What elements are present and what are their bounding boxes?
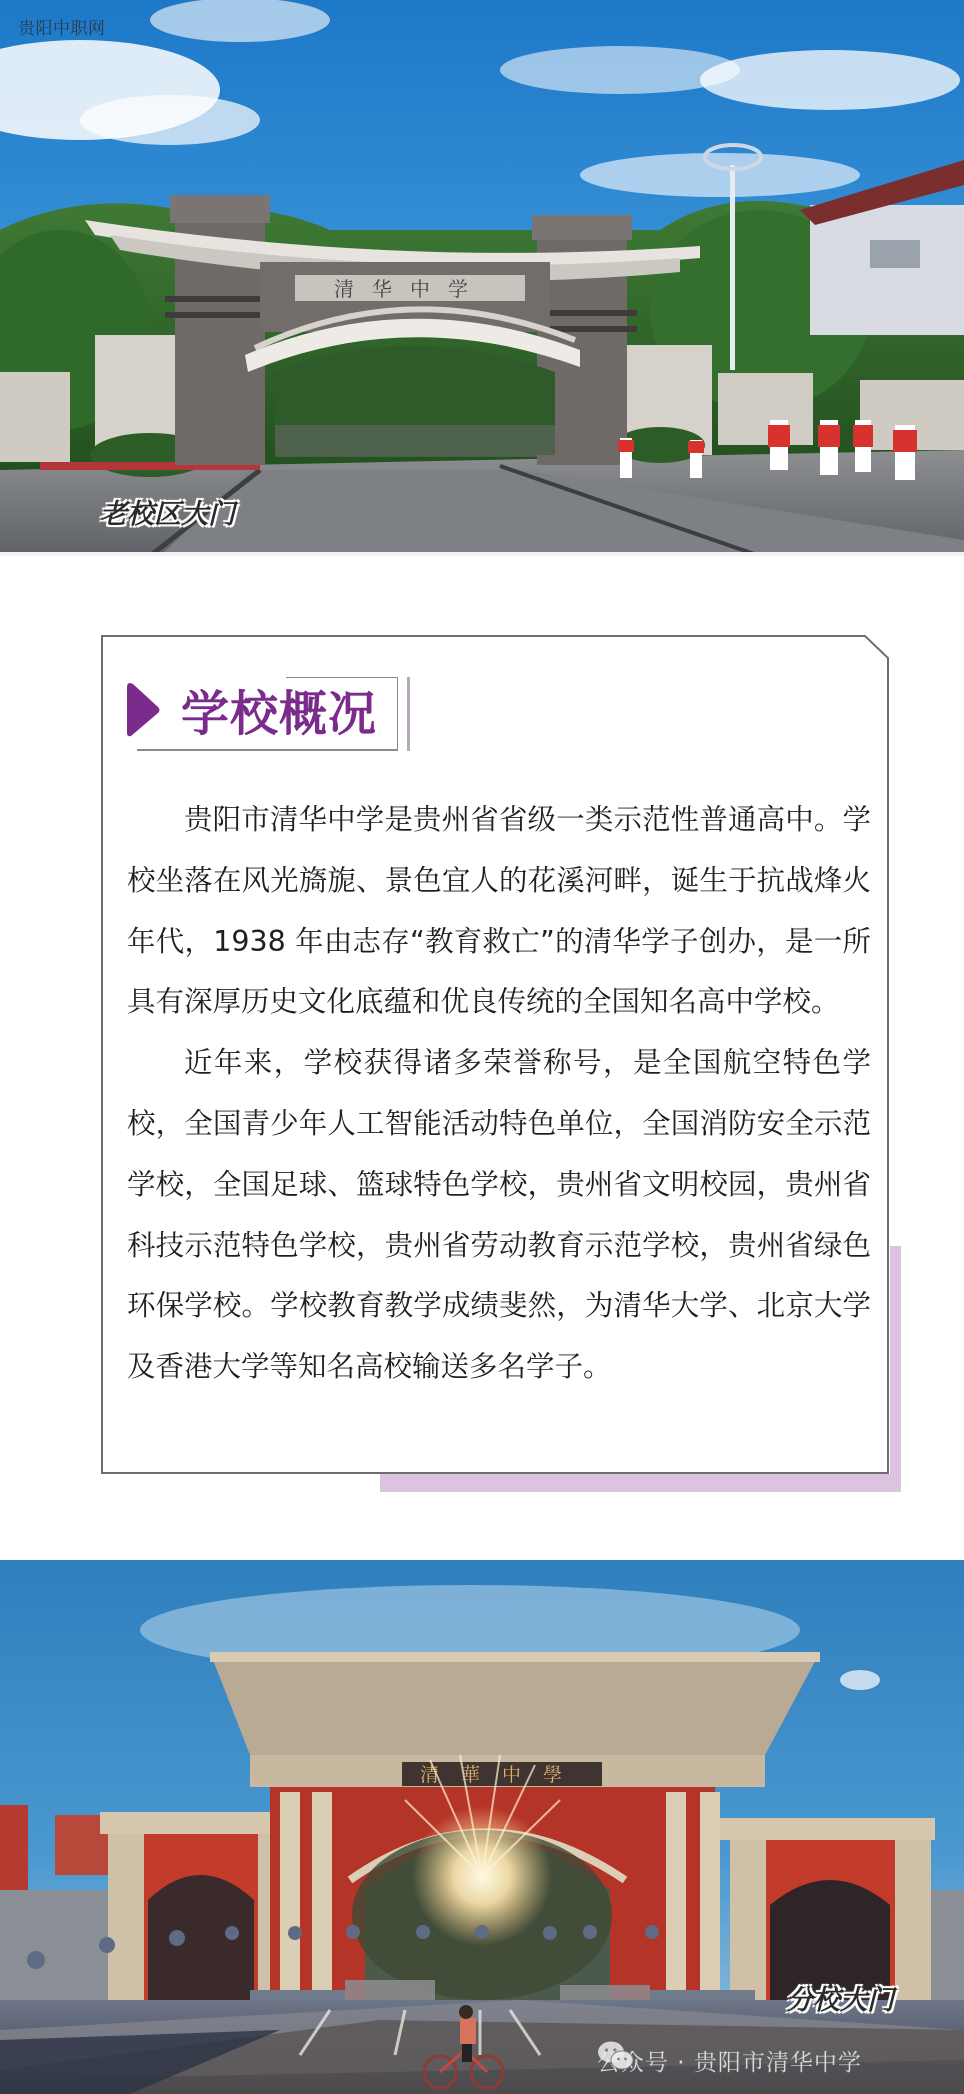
- old-campus-caption: 老校区大门: [100, 492, 235, 531]
- heading-accent-bar: [407, 677, 410, 751]
- heading-frame-top: [286, 677, 398, 678]
- heading-frame-bottom: [137, 749, 398, 751]
- overview-paragraph-2: 近年来，学校获得诸多荣誉称号，是全国航空特色学校，全国青少年人工智能活动特色单位…: [127, 1033, 871, 1398]
- branch-campus-caption: 分校大门: [786, 1978, 894, 2017]
- old-campus-gate-photo: 清华中学 贵阳中职网 老校区大门: [0, 0, 964, 556]
- site-watermark: 贵阳中职网: [18, 14, 106, 39]
- old-gate-sign: 清华中学: [334, 277, 486, 301]
- wechat-watermark: 公众号 · 贵阳市清华中学: [597, 2040, 862, 2080]
- section-title: 学校概况: [181, 684, 377, 744]
- card-shadow-right: [889, 1246, 901, 1492]
- overview-paragraph-1: 贵阳市清华中学是贵州省省级一类示范性普通高中。学校坐落在风光旖旎、景色宜人的花溪…: [127, 790, 871, 1033]
- old-campus-gate-illustration: 清华中学: [0, 0, 964, 556]
- card-shadow-bottom: [380, 1473, 901, 1492]
- heading-frame-right: [397, 677, 398, 751]
- overview-body: 贵阳市清华中学是贵州省省级一类示范性普通高中。学校坐落在风光旖旎、景色宜人的花溪…: [127, 790, 871, 1398]
- branch-gate-sign: 清華中學: [420, 1764, 584, 1786]
- wechat-account-label: 公众号 · 贵阳市清华中学: [597, 2044, 862, 2077]
- wechat-icon: [597, 2040, 635, 2072]
- heading-triangle-icon: [127, 681, 161, 739]
